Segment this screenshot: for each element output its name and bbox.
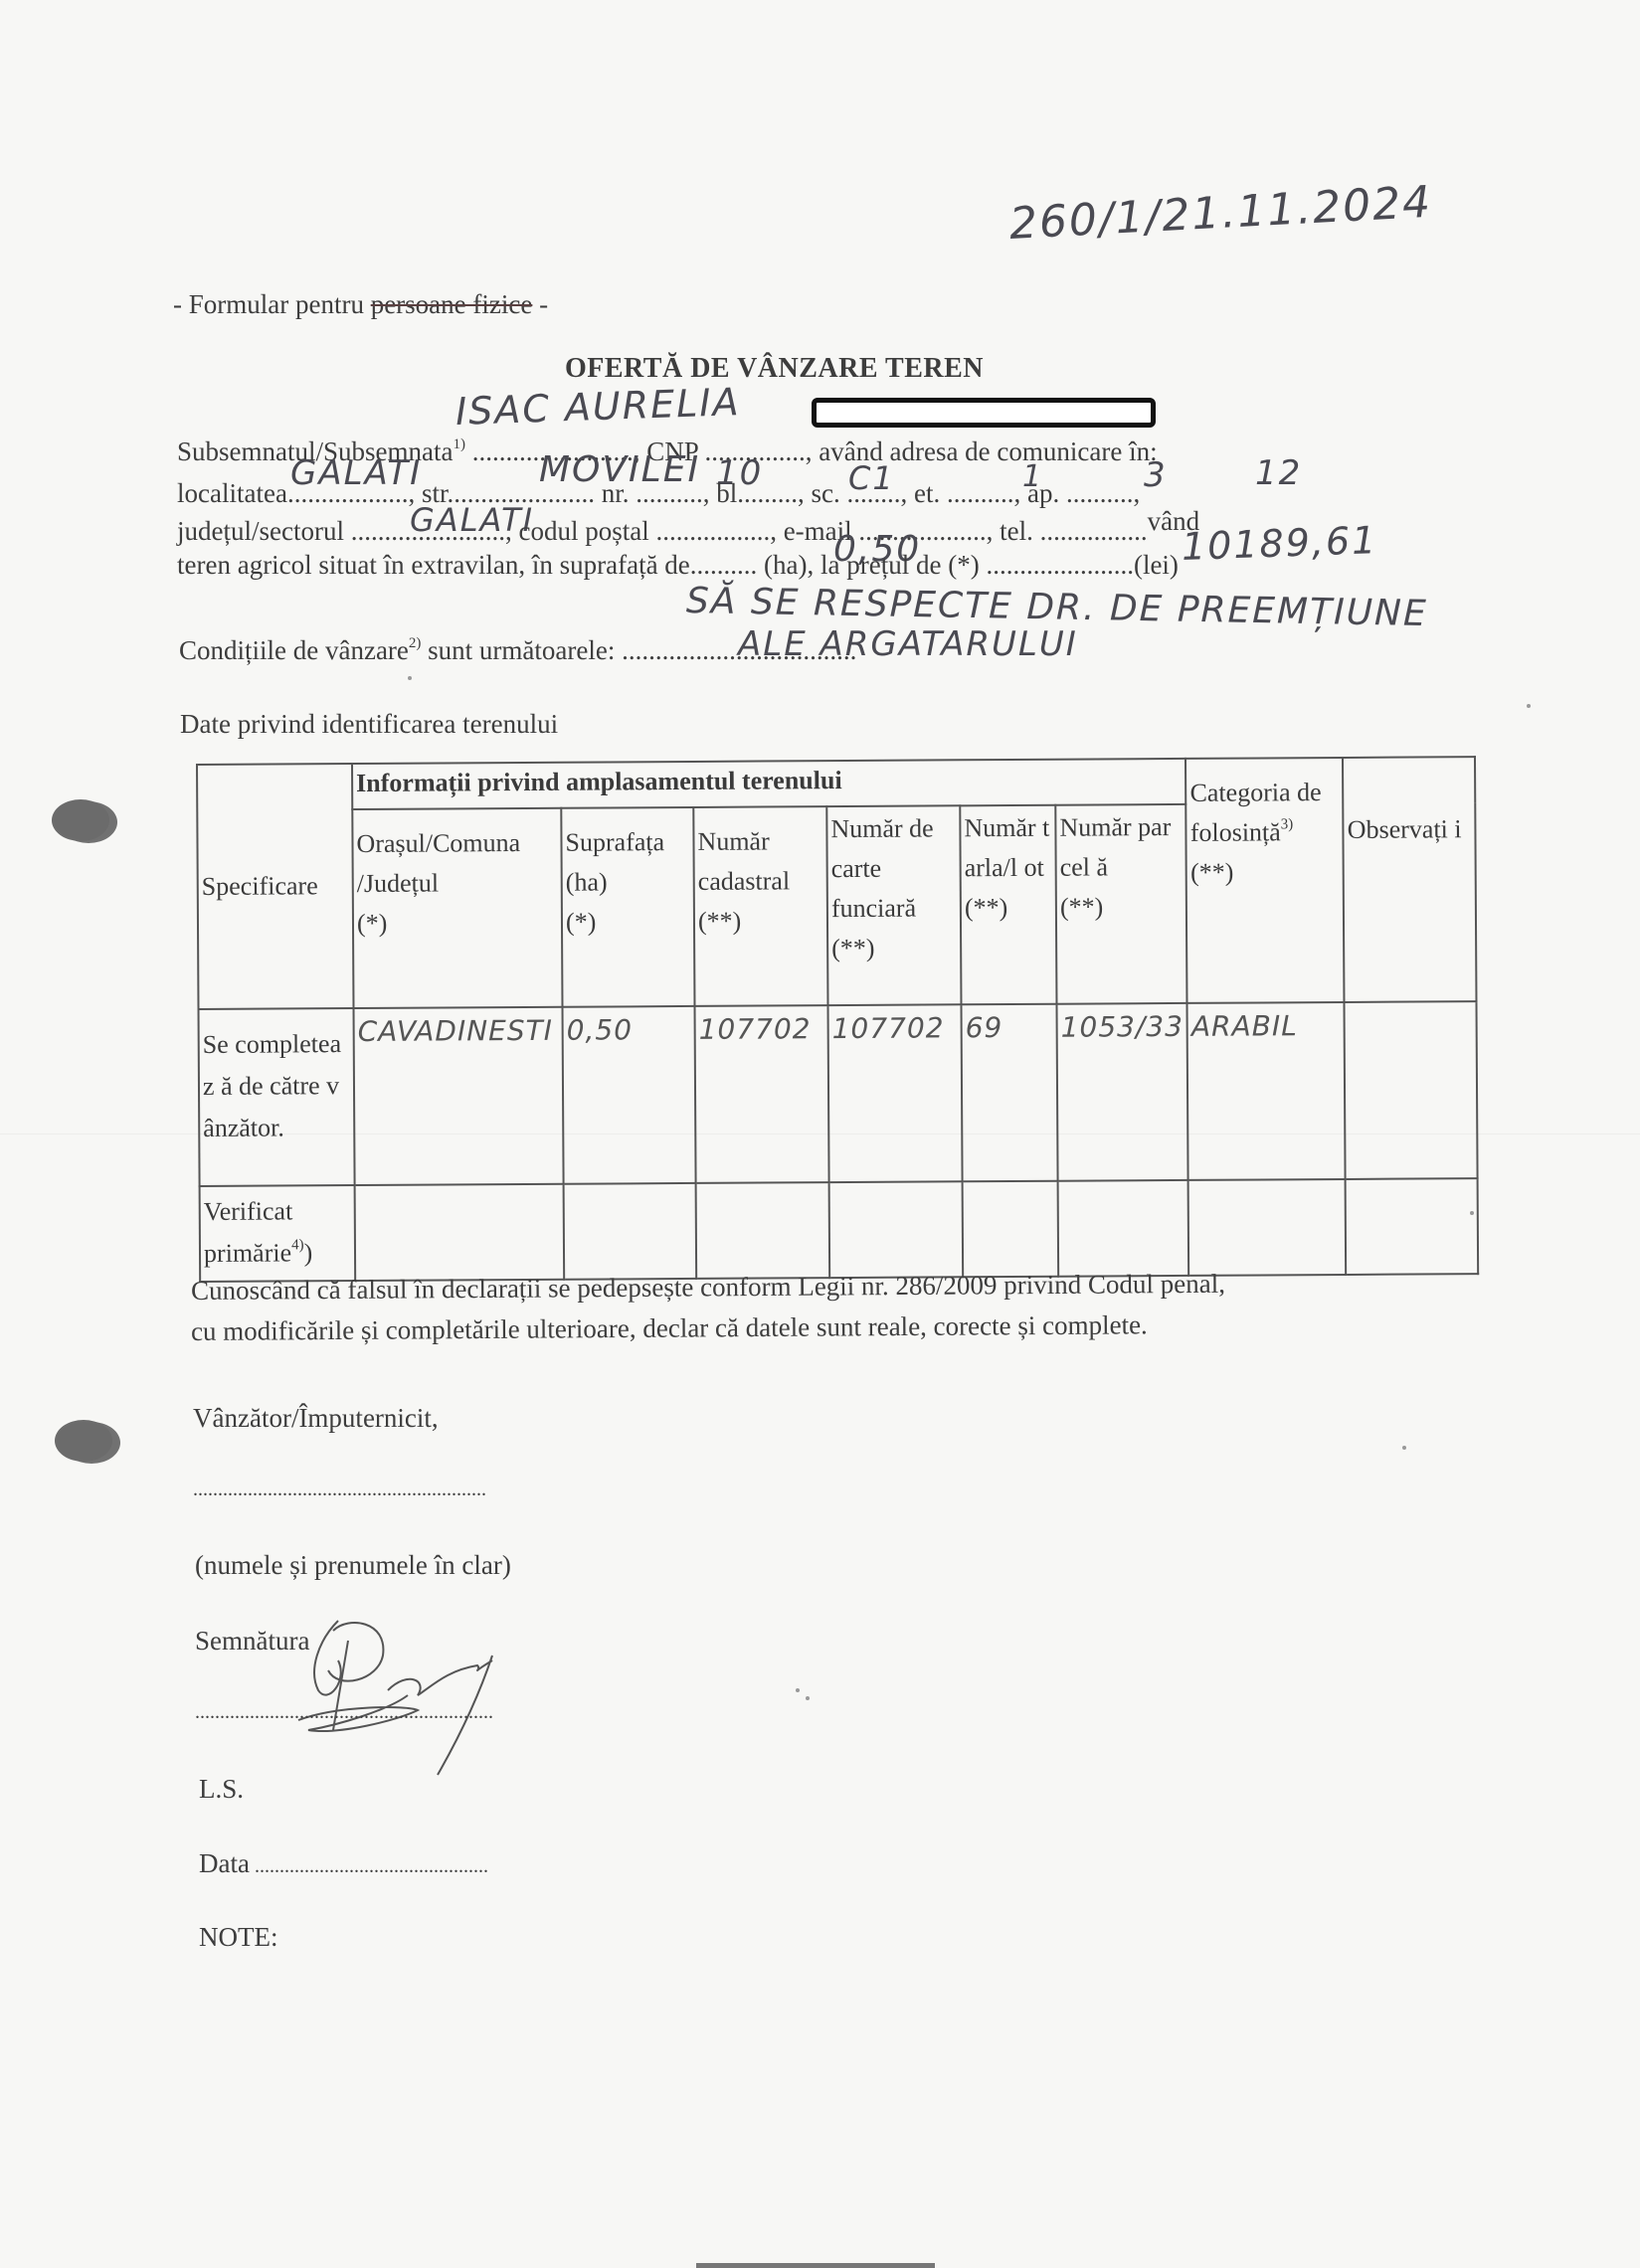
- form-type-prefix: - Formular pentru: [173, 289, 371, 319]
- header-parcela-label: Număr parcel ă: [1059, 812, 1171, 882]
- header-tarla: Număr tarla/l ot(**): [960, 805, 1056, 1005]
- form-type: - Formular pentru persoane fizice -: [173, 288, 548, 320]
- cell-cadastral[interactable]: 107702: [694, 1005, 828, 1183]
- form-type-struck: persoane fizice: [371, 289, 533, 319]
- header-tarla-label: Număr tarla/l ot: [964, 813, 1049, 883]
- footnote-3: 3): [1281, 816, 1294, 832]
- tel-field[interactable]: ................: [1033, 516, 1148, 546]
- cell-observatii[interactable]: [1345, 1001, 1478, 1179]
- header-group-amplasament: Informații privind amplasamentul terenul…: [352, 759, 1186, 809]
- header-categoria-label: Categoria de folosință: [1189, 778, 1321, 847]
- scan-speck: [796, 1688, 800, 1692]
- cell-verif-oras[interactable]: [355, 1184, 565, 1281]
- label-ha-pret: (ha), la prețul de (*): [757, 550, 986, 580]
- label-lei: (lei): [1134, 550, 1179, 580]
- hw-et: 3: [1144, 455, 1168, 495]
- header-suprafata-mark: (*): [566, 908, 597, 937]
- punch-hole: [55, 1420, 112, 1462]
- scan-speck: [806, 1696, 810, 1700]
- footnote-2: 2): [409, 635, 422, 651]
- declaration-line-2: cu modificările și completările ulterioa…: [191, 1308, 1148, 1347]
- label-ap: ap.: [1027, 478, 1059, 508]
- cell-parcela[interactable]: 1053/33: [1056, 1003, 1187, 1181]
- suprafata-field[interactable]: ..........: [690, 550, 758, 580]
- seller-line-3: județul/sectorul .......................…: [177, 515, 1199, 547]
- cell-verif-observatii[interactable]: [1346, 1178, 1479, 1275]
- ls-label: L.S.: [199, 1773, 244, 1805]
- date-line: Data ...................................…: [199, 1847, 488, 1882]
- header-tarla-mark: (**): [965, 893, 1008, 922]
- text-teren: teren agricol situat în extravilan, în s…: [177, 550, 690, 580]
- seller-line-2: localitatea.................., str......…: [177, 477, 1140, 509]
- land-table: Specificare Informații privind amplasame…: [196, 756, 1479, 1283]
- row-label-primarie: Verificat primărie4)): [200, 1185, 356, 1282]
- table-row: Se completeaz ă de către vânzător. CAVAD…: [199, 1001, 1478, 1186]
- cell-verif-parcela[interactable]: [1058, 1180, 1189, 1277]
- header-suprafata: Suprafața (ha)(*): [561, 807, 694, 1007]
- scan-speck: [408, 676, 412, 680]
- declaration-line-1: Cunoscând că falsul în declarații se ped…: [191, 1268, 1225, 1307]
- date-label: Data: [199, 1848, 250, 1878]
- hw-pret: 10189,61: [1181, 518, 1378, 569]
- identification-heading: Date privind identificarea terenului: [180, 708, 558, 740]
- cell-verif-suprafata[interactable]: [564, 1183, 697, 1280]
- cell-tarla[interactable]: 69: [961, 1004, 1057, 1182]
- pret-field[interactable]: ......................: [986, 550, 1134, 580]
- registration-number: 260/1/21.11.2024: [1008, 177, 1434, 250]
- scan-speck: [1527, 704, 1531, 708]
- footnote-1: 1): [453, 436, 465, 452]
- label-bl: bl.: [716, 478, 744, 508]
- ap-field[interactable]: ..........,: [1059, 478, 1140, 508]
- hw-seller-name: ISAC AURELIA: [455, 380, 741, 434]
- cell-oras[interactable]: CAVADINESTI: [354, 1007, 564, 1185]
- header-cadastral: Număr cadastral(**): [693, 806, 827, 1006]
- header-parcela: Număr parcel ă(**): [1055, 804, 1187, 1004]
- label-judetul: județul/sectorul: [177, 516, 344, 546]
- conditions-line: Condițiile de vânzare2) sunt următoarele…: [179, 634, 856, 666]
- notes-label: NOTE:: [199, 1921, 277, 1953]
- sc-field[interactable]: ........,: [840, 478, 914, 508]
- redacted-cnp: [812, 398, 1156, 428]
- date-field[interactable]: ........................................…: [250, 1855, 488, 1877]
- header-categoria: Categoria de folosință3) (**): [1185, 758, 1344, 1003]
- header-specificare: Specificare: [197, 764, 353, 1009]
- cell-categoria[interactable]: ARABIL: [1187, 1002, 1346, 1180]
- cell-verif-tarla[interactable]: [963, 1181, 1059, 1278]
- seller-role: Vânzător/Împuternicit,: [193, 1402, 439, 1434]
- cell-verif-cadastral[interactable]: [696, 1182, 830, 1279]
- label-nr: nr.: [602, 478, 630, 508]
- et-field[interactable]: ..........,: [940, 478, 1027, 508]
- label-conditions: Condițiile de vânzare: [179, 635, 409, 665]
- seller-line-4: teren agricol situat în extravilan, în s…: [177, 549, 1179, 581]
- form-type-suffix: -: [532, 289, 548, 319]
- label-tel: tel.: [1000, 516, 1033, 546]
- scan-speck: [1470, 1211, 1474, 1215]
- label-et: et.: [914, 478, 940, 508]
- signature-field[interactable]: ........................................…: [195, 1696, 493, 1728]
- header-oras-mark: (*): [357, 909, 388, 938]
- name-hint: (numele și prenumele în clar): [195, 1549, 511, 1581]
- cell-verif-categoria[interactable]: [1188, 1179, 1347, 1276]
- cell-carte-funciara[interactable]: 107702: [827, 1004, 962, 1182]
- label-cod-postal: codul poștal: [518, 516, 648, 546]
- header-oras: Orașul/Comuna /Județul(*): [352, 808, 562, 1008]
- header-observatii: Observați i: [1343, 757, 1477, 1002]
- header-carte-funciara-label: Număr de carte funciară: [830, 813, 933, 923]
- localitatea-field[interactable]: ..................,: [287, 478, 422, 508]
- page-title: OFERTĂ DE VÂNZARE TEREN: [565, 353, 984, 385]
- cod-postal-field[interactable]: .................,: [649, 516, 784, 546]
- header-categoria-mark: (**): [1190, 858, 1234, 887]
- punch-hole: [52, 799, 109, 841]
- header-carte-funciara-mark: (**): [831, 934, 875, 962]
- row-label-vanzator: Se completeaz ă de către vânzător.: [199, 1008, 355, 1186]
- header-cadastral-label: Număr cadastral: [697, 826, 790, 895]
- header-carte-funciara: Număr de carte funciară(**): [826, 805, 961, 1005]
- label-sc: sc.: [811, 478, 839, 508]
- footnote-4: 4): [291, 1237, 304, 1253]
- conditions-field[interactable]: ...................................: [622, 635, 856, 665]
- header-parcela-mark: (**): [1060, 892, 1104, 921]
- label-localitatea: localitatea: [177, 478, 287, 508]
- header-suprafata-label: Suprafața (ha): [565, 827, 664, 897]
- signature-scribble-icon: [278, 1611, 567, 1780]
- judetul-field[interactable]: .......................,: [344, 516, 519, 546]
- row-label-primarie-text: Verificat primărie: [204, 1196, 293, 1268]
- land-table-wrapper: Specificare Informații privind amplasame…: [196, 756, 1479, 1283]
- table-row: Verificat primărie4)): [200, 1178, 1479, 1282]
- scan-edge: [696, 2263, 935, 2268]
- hw-ap: 12: [1255, 453, 1302, 493]
- bl-field[interactable]: ........,: [744, 478, 812, 508]
- scan-speck: [1402, 1446, 1406, 1450]
- cell-verif-carte[interactable]: [829, 1181, 964, 1278]
- name-signature-field[interactable]: ........................................…: [193, 1474, 486, 1505]
- nr-field[interactable]: ..........,: [629, 478, 716, 508]
- cell-suprafata[interactable]: 0,50: [563, 1006, 696, 1184]
- label-conditions-rest: sunt următoarele:: [421, 635, 622, 665]
- header-cadastral-mark: (**): [698, 907, 742, 936]
- header-oras-label: Orașul/Comuna /Județul: [356, 828, 520, 898]
